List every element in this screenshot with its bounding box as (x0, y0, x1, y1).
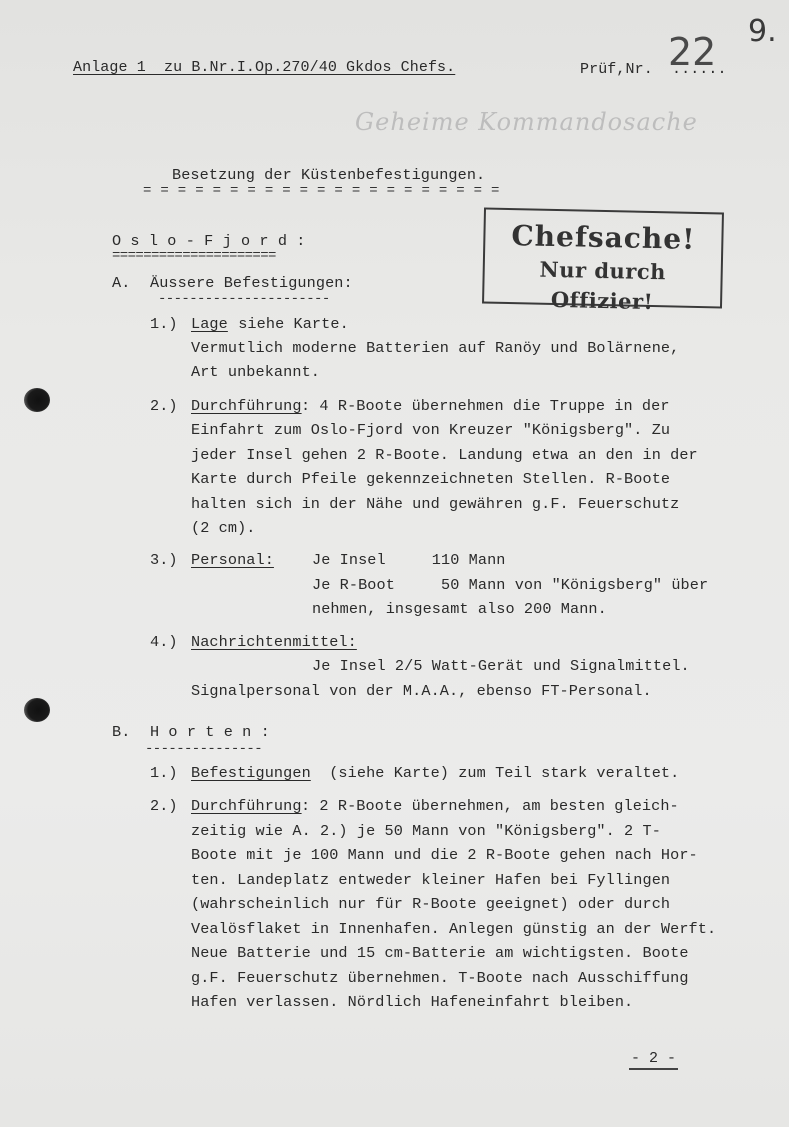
document-reference: Anlage 1 zu B.Nr.I.Op.270/40 Gkdos Chefs… (73, 58, 455, 78)
item-line: zeitig wie A. 2.) je 50 Mann von "Königs… (191, 821, 661, 841)
item-number: 2.) (150, 396, 178, 416)
item-line: Signalpersonal von der M.A.A., ebenso FT… (191, 681, 652, 701)
stamp-line-2: Nur durch Offizier! (484, 254, 721, 319)
subsection-a-label: A. (112, 273, 130, 293)
item-line: g.F. Feuerschutz übernehmen. T-Boote nac… (191, 968, 689, 988)
subsection-a-underline: ---------------------- (158, 293, 330, 305)
item-number: 4.) (150, 632, 178, 652)
item-line: Je Insel 110 Mann (312, 550, 506, 570)
punch-hole-bottom (24, 698, 50, 722)
item-line: (wahrscheinlich nur für R-Boote geeignet… (191, 894, 670, 914)
item-keyword: Lage (191, 314, 228, 334)
item-number: 2.) (150, 796, 178, 816)
page-marker: - 2 - (629, 1050, 678, 1070)
section-heading-horten: H o r t e n : (150, 722, 270, 742)
stamp-line-1: Chefsache! (485, 218, 722, 259)
pruef-label: Prüf,Nr. (580, 60, 653, 80)
section-heading-oslo-underline: ===================== (112, 250, 276, 262)
item-keyword: Nachrichtenmittel: (191, 632, 357, 652)
subsection-a-title: Äussere Befestigungen: (150, 273, 353, 293)
item-line: Hafen verlassen. Nördlich Hafeneinfahrt … (191, 992, 633, 1012)
item-line: Karte durch Pfeile gekennzeichneten Stel… (191, 469, 670, 489)
item-line: Art unbekannt. (191, 362, 320, 382)
item-line: : 2 R-Boote übernehmen, am besten gleich… (301, 796, 679, 816)
section-heading-horten-underline: --------------- (145, 743, 262, 755)
item-line: (siehe Karte) zum Teil stark veraltet. (320, 763, 679, 783)
item-keyword: Personal: (191, 550, 274, 570)
chefsache-stamp: Chefsache! Nur durch Offizier! (482, 207, 724, 308)
item-line: Einfahrt zum Oslo-Fjord von Kreuzer "Kön… (191, 420, 670, 440)
item-keyword: Durchführung (191, 396, 302, 416)
item-line: jeder Insel gehen 2 R-Boote. Landung etw… (191, 445, 698, 465)
item-line: Je R-Boot 50 Mann von "Königsberg" über (312, 575, 708, 595)
item-line: Je Insel 2/5 Watt-Gerät und Signalmittel… (312, 656, 690, 676)
item-line: Vermutlich moderne Batterien auf Ranöy u… (191, 338, 679, 358)
sheet-number-handwritten: 9. (748, 14, 777, 49)
pruef-number-handwritten: 22 (668, 30, 716, 74)
item-line: Neue Batterie und 15 cm-Batterie am wich… (191, 943, 689, 963)
item-keyword: Befestigungen (191, 763, 311, 783)
item-number: 3.) (150, 550, 178, 570)
item-line: ten. Landeplatz entweder kleiner Hafen b… (191, 870, 670, 890)
classification-stamp-faint: Geheime Kommandosache (355, 108, 698, 136)
document-page: 9. Anlage 1 zu B.Nr.I.Op.270/40 Gkdos Ch… (0, 0, 789, 1127)
punch-hole-top (24, 388, 50, 412)
title-underline: = = = = = = = = = = = = = = = = = = = = … (143, 185, 500, 197)
item-keyword: Durchführung (191, 796, 302, 816)
item-number: 1.) (150, 314, 178, 334)
item-line: : 4 R-Boote übernehmen die Truppe in der (301, 396, 670, 416)
item-line: (2 cm). (191, 518, 256, 538)
document-title: Besetzung der Küstenbefestigungen. (172, 165, 485, 185)
item-line: Boote mit je 100 Mann und die 2 R-Boote … (191, 845, 698, 865)
section-b-label: B. (112, 722, 130, 742)
item-line: halten sich in der Nähe und gewähren g.F… (191, 494, 679, 514)
item-number: 1.) (150, 763, 178, 783)
item-line: siehe Karte. (229, 314, 349, 334)
item-line: nehmen, insgesamt also 200 Mann. (312, 599, 607, 619)
item-line: Vealösflaket in Innenhafen. Anlegen güns… (191, 919, 716, 939)
